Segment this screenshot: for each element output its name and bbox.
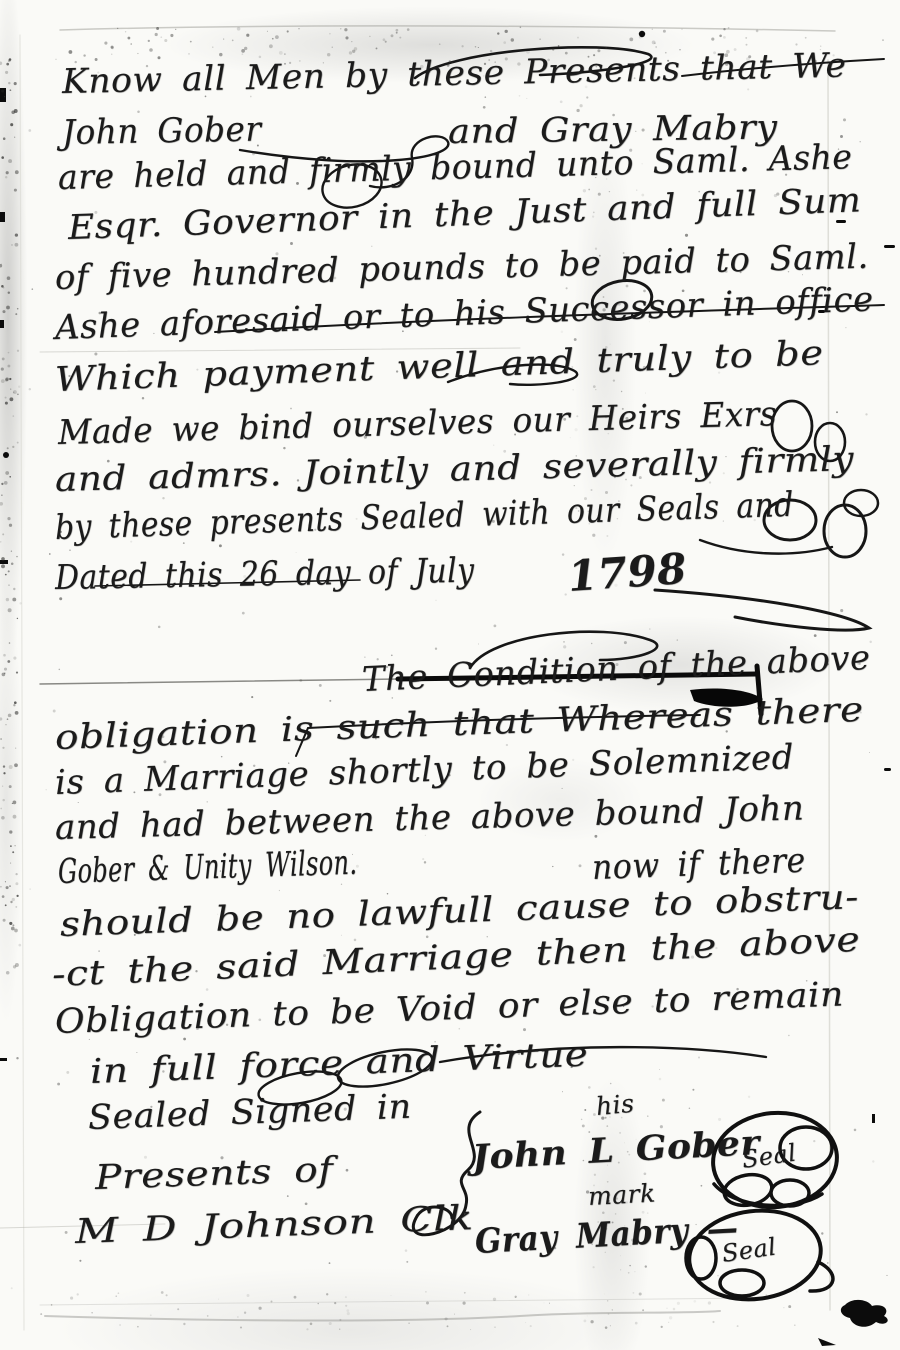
- attestation-line-2: Presents of: [94, 1150, 334, 1198]
- year: 1798: [566, 544, 688, 601]
- scanned-document-page: Know all Men by these Presents that We J…: [0, 0, 900, 1350]
- date-line: Dated this 26 day of July: [55, 551, 475, 598]
- principal-name: John Gober: [62, 110, 262, 153]
- his-label: his: [595, 1089, 636, 1121]
- mark-label: mark: [587, 1178, 656, 1211]
